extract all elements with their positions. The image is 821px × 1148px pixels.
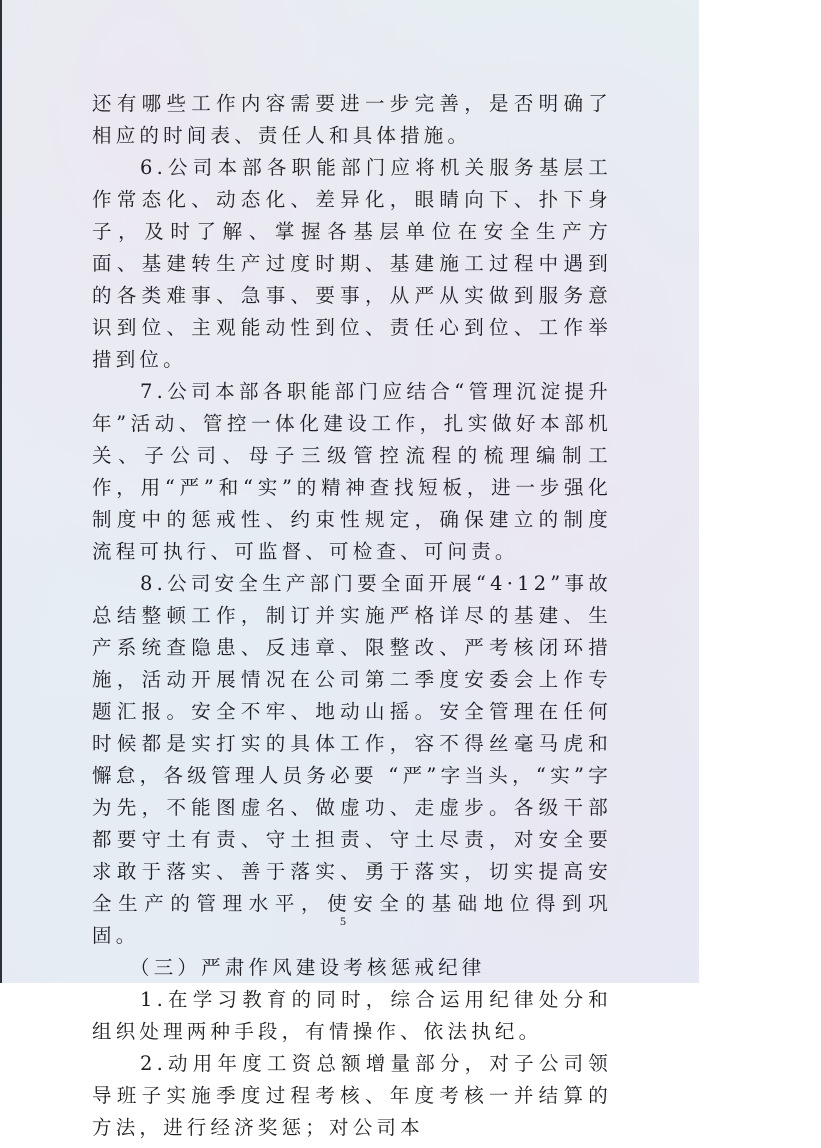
paragraph-continuation: 还有哪些工作内容需要进一步完善，是否明确了相应的时间表、责任人和具体措施。 [92,88,612,152]
paragraph-section3-item-1: 1.在学习教育的同时，综合运用纪律处分和组织处理两种手段，有情操作、依法执纪。 [92,984,612,1048]
paragraph-item-7: 7.公司本部各职能部门应结合“管理沉淀提升年”活动、管控一体化建设工作，扎实做好… [92,376,612,568]
paragraph-item-8: 8.公司安全生产部门要全面开展“4·12”事故总结整顿工作，制订并实施严格详尽的… [92,568,612,952]
page-number: 5 [340,914,346,929]
scanned-document-page: 还有哪些工作内容需要进一步完善，是否明确了相应的时间表、责任人和具体措施。 6.… [0,0,699,983]
document-body: 还有哪些工作内容需要进一步完善，是否明确了相应的时间表、责任人和具体措施。 6.… [92,88,612,1144]
section-heading: （三）严肃作风建设考核惩戒纪律 [92,952,612,984]
paragraph-item-6: 6.公司本部各职能部门应将机关服务基层工作常态化、动态化、差异化，眼睛向下、扑下… [92,152,612,376]
paragraph-section3-item-2: 2.动用年度工资总额增量部分，对子公司领导班子实施季度过程考核、年度考核一并结算… [92,1048,612,1144]
